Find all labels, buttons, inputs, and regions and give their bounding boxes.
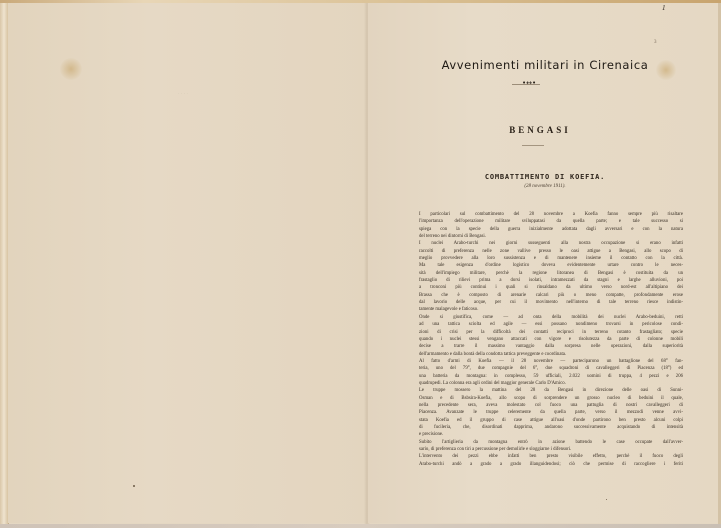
main-title: Avvenimenti militari in Cirenaica <box>420 58 670 72</box>
text-line: Onde si giustifica, come — ad onta della… <box>407 314 683 321</box>
text-line: e precisione. <box>407 431 683 438</box>
text-line: stata Koefia ed il gruppo di case attigu… <box>407 417 683 424</box>
text-line: sario, di preferenza con tiri a percussi… <box>407 446 683 453</box>
paragraph-5: Le truppe mossero la mattina del 28 da B… <box>407 387 683 438</box>
paragraph-6: Subito l'artiglieria da montagna entrò i… <box>407 439 683 454</box>
text-line: tamente malagevole e faticoso. <box>407 306 683 313</box>
text-line: I particolari sul combattimento del 28 n… <box>407 211 683 218</box>
text-line: Al fatto d'armi di Koefia — il 28 novemb… <box>407 358 683 365</box>
paragraph-4: Al fatto d'armi di Koefia — il 28 novemb… <box>407 358 683 387</box>
text-line: sità dell'impiego militare, perchè la re… <box>407 270 683 277</box>
text-line: Arabo-turchi andò a grado a grado illang… <box>407 461 683 468</box>
paragraph-7: L'intervento dei pezzi ebbe infatti ben … <box>407 453 683 468</box>
foxing-stain <box>60 58 82 80</box>
show-through-text: · · · · <box>178 91 188 98</box>
page-number: 1 <box>662 4 666 12</box>
paper-speck <box>606 499 607 500</box>
text-line: spiega con la specie della guerra inizia… <box>407 226 683 233</box>
text-line: zioni di crisi per la difficoltà dei con… <box>407 329 683 336</box>
text-line: Le truppe mossero la mattina del 28 da B… <box>407 387 683 394</box>
title-ornament: •↔• <box>512 82 540 88</box>
article-body: I particolari sul combattimento del 28 n… <box>407 211 683 468</box>
scan-bottom-edge <box>0 524 721 528</box>
article-date: (28 novembre 1911). <box>460 184 630 189</box>
text-line: a tronconi più continui i quali si rinsa… <box>407 284 683 291</box>
book-spread: · · · · 1 3 Avvenimenti militari in Cire… <box>0 0 721 528</box>
section-rule <box>522 145 544 146</box>
section-title: BENGASI <box>470 125 610 135</box>
text-line: del terreno nei dintorni di Bengasi. <box>407 233 683 240</box>
text-line: quando i nuclei stessi vengano attaccati… <box>407 336 683 343</box>
text-line: Brassa che è composto di arenarie calcar… <box>407 292 683 299</box>
text-line: l'importanza dell'operazione militare sv… <box>407 218 683 225</box>
text-line: I nuclei Arabo-turchi nei giorni sussegu… <box>407 240 683 247</box>
text-line: raccolti di preferenza nelle zone valliv… <box>407 248 683 255</box>
text-line: frastaglio di rilievi prima a dorsi isol… <box>407 277 683 284</box>
text-line: Piacenza. Avanzate le truppe celeremente… <box>407 409 683 416</box>
text-line: decise a trarre il massimo vantaggio dal… <box>407 343 683 350</box>
text-line: dell'armamento e dalla bontà della condo… <box>407 351 683 358</box>
text-line: Osman e di Bsbsira-Koefia, allo scopo di… <box>407 395 683 402</box>
text-line: ad una tattica sciolta ed agile — essi p… <box>407 321 683 328</box>
text-line: una batteria da montagna: in complesso, … <box>407 373 683 380</box>
paper-speck <box>133 485 135 487</box>
text-line: dal lavorio delle acque, per cui il movi… <box>407 299 683 306</box>
text-line: L'intervento dei pezzi ebbe infatti ben … <box>407 453 683 460</box>
text-line: teria, uno del 79°, due compagnie del 6°… <box>407 365 683 372</box>
left-page-blank: · · · · <box>8 3 368 523</box>
corner-mark: 3 <box>654 40 657 45</box>
ornament-glyph: •↔• <box>522 79 536 87</box>
article-title: COMBATTIMENTO DI KOEFIA. <box>440 173 650 181</box>
paragraph-3: Onde si giustifica, come — ad onta della… <box>407 314 683 358</box>
paragraph-1: I particolari sul combattimento del 28 n… <box>407 211 683 240</box>
text-line: Ma tale esigenza d'ordine logistico dove… <box>407 262 683 269</box>
text-line: meglio provvedere alla loro sussistenza … <box>407 255 683 262</box>
text-line: di fucileria, che, disordinati dapprima,… <box>407 424 683 431</box>
text-line: nella precedente sera, aveva molestato c… <box>407 402 683 409</box>
paragraph-2: I nuclei Arabo-turchi nei giorni sussegu… <box>407 240 683 313</box>
text-line: quadrupedi. La colonna era agli ordini d… <box>407 380 683 387</box>
text-line: Subito l'artiglieria da montagna entrò i… <box>407 439 683 446</box>
